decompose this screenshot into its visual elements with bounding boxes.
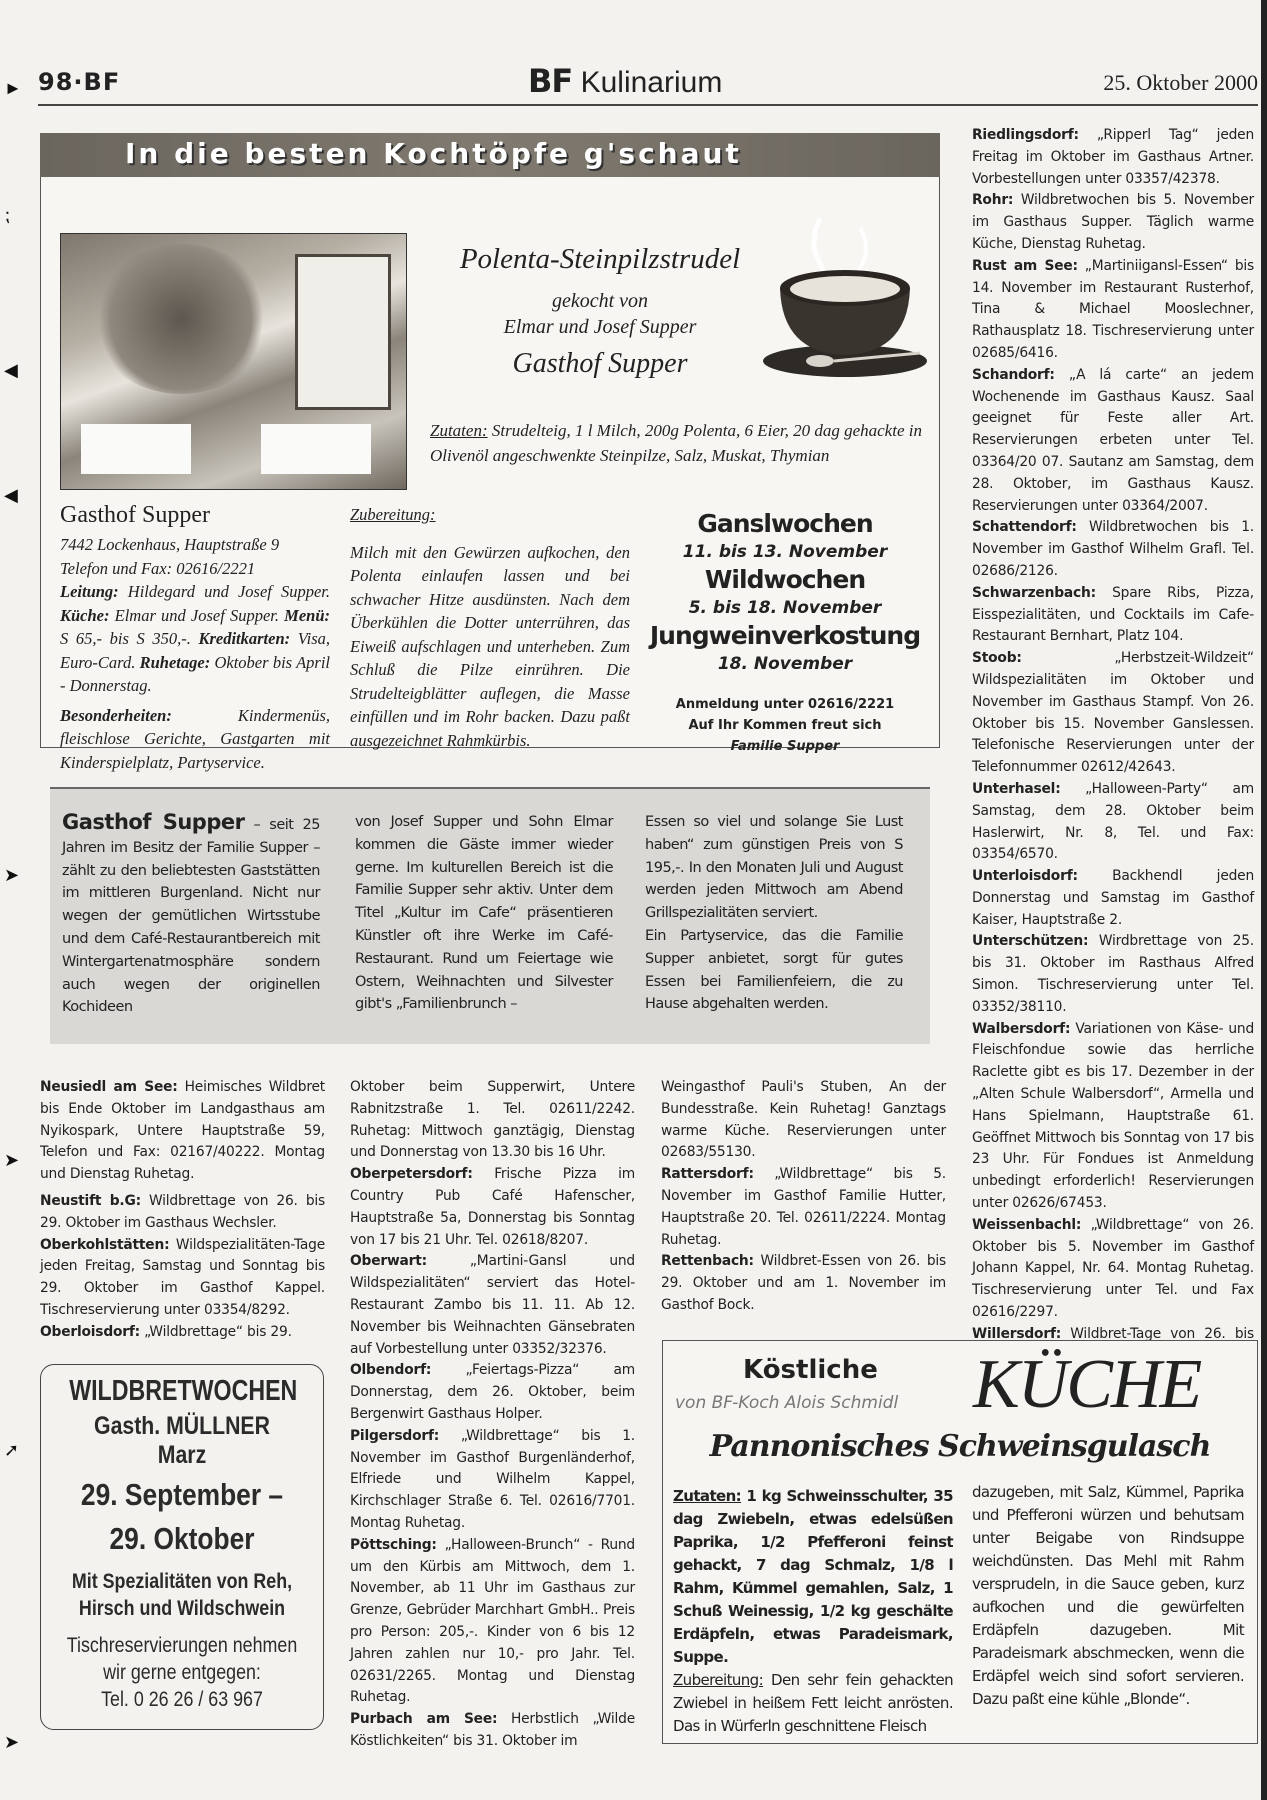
margin-arrow-icon: ► <box>4 78 22 99</box>
scan-page-edge <box>1261 0 1267 1800</box>
restaurant-info: Gasthof Supper 7442 Lockenhaus, Hauptstr… <box>60 501 330 774</box>
issue-date: 25. Oktober 2000 <box>1103 70 1258 96</box>
section-title: BF Kulinarium <box>528 62 722 100</box>
kueche-title: KÜCHE <box>973 1345 1200 1425</box>
dish-preparation: dazugeben, mit Salz, Kümmel, Paprika und… <box>972 1481 1244 1711</box>
recipe-ingredients: Zutaten: Strudelteig, 1 l Milch, 200g Po… <box>430 418 930 468</box>
margin-mark-icon: ⁏ <box>4 205 10 226</box>
listings-column-b: Oktober beim Supperwirt, Untere Rabnitzs… <box>350 1077 635 1753</box>
muellner-advertisement: WILDBRETWOCHEN Gasth. MÜLLNER Marz 29. S… <box>40 1364 324 1730</box>
listings-column-c: Weingasthof Pauli's Stuben, An der Bunde… <box>661 1077 946 1317</box>
restaurant-profile: Gasthof Supper – seit 25 Jahren im Besit… <box>50 787 930 1044</box>
recipe-title: Polenta-Steinpilzstrudel <box>370 243 830 276</box>
recipe-preparation: Zubereitung: Milch mit den Gewürzen aufk… <box>350 503 630 752</box>
banner-title: In die besten Kochtöpfe g'schaut <box>125 137 742 170</box>
feature-banner: In die besten Kochtöpfe g'schaut <box>40 133 940 177</box>
margin-arrow-icon: ➤ <box>4 1150 19 1171</box>
kueche-kicker: Köstliche <box>743 1355 878 1385</box>
margin-arrow-icon: ◀ <box>4 360 18 381</box>
margin-arrow-icon: ◀ <box>4 485 18 506</box>
events-list: Ganslwochen 11. bis 13. November Wildwoc… <box>640 508 930 757</box>
listings-right-column: Riedlingsdorf: „Ripperl Tag“ jeden Freit… <box>972 125 1254 1389</box>
recipe-heading: Polenta-Steinpilzstrudel gekocht von Elm… <box>370 243 830 380</box>
margin-arrow-icon: ➚ <box>4 1440 19 1461</box>
feature-article: In die besten Kochtöpfe g'schaut Polenta… <box>40 133 940 1063</box>
listings-column-a: Neusiedl am See: Heimisches Wildbret bis… <box>40 1077 325 1344</box>
dish-title: Pannonisches Schweinsgulasch <box>663 1429 1257 1464</box>
margin-arrow-icon: ➤ <box>4 1732 19 1753</box>
restaurant-title: Gasthof Supper <box>370 348 830 380</box>
cooked-by: gekocht von Elmar und Josef Supper <box>370 288 830 340</box>
recipe-column-kueche: Köstliche von BF-Koch Alois Schmidl KÜCH… <box>662 1340 1258 1744</box>
page-number: 98·BF <box>38 68 120 96</box>
kueche-byline: von BF-Koch Alois Schmidl <box>675 1393 898 1413</box>
dish-ingredients: Zutaten: 1 kg Schweinsschulter, 35 dag Z… <box>673 1485 953 1738</box>
restaurant-photo <box>60 233 407 490</box>
header-rule <box>38 104 1258 106</box>
margin-arrow-icon: ➤ <box>4 865 19 886</box>
page-header: 98·BF BF Kulinarium 25. Oktober 2000 <box>38 60 1258 104</box>
